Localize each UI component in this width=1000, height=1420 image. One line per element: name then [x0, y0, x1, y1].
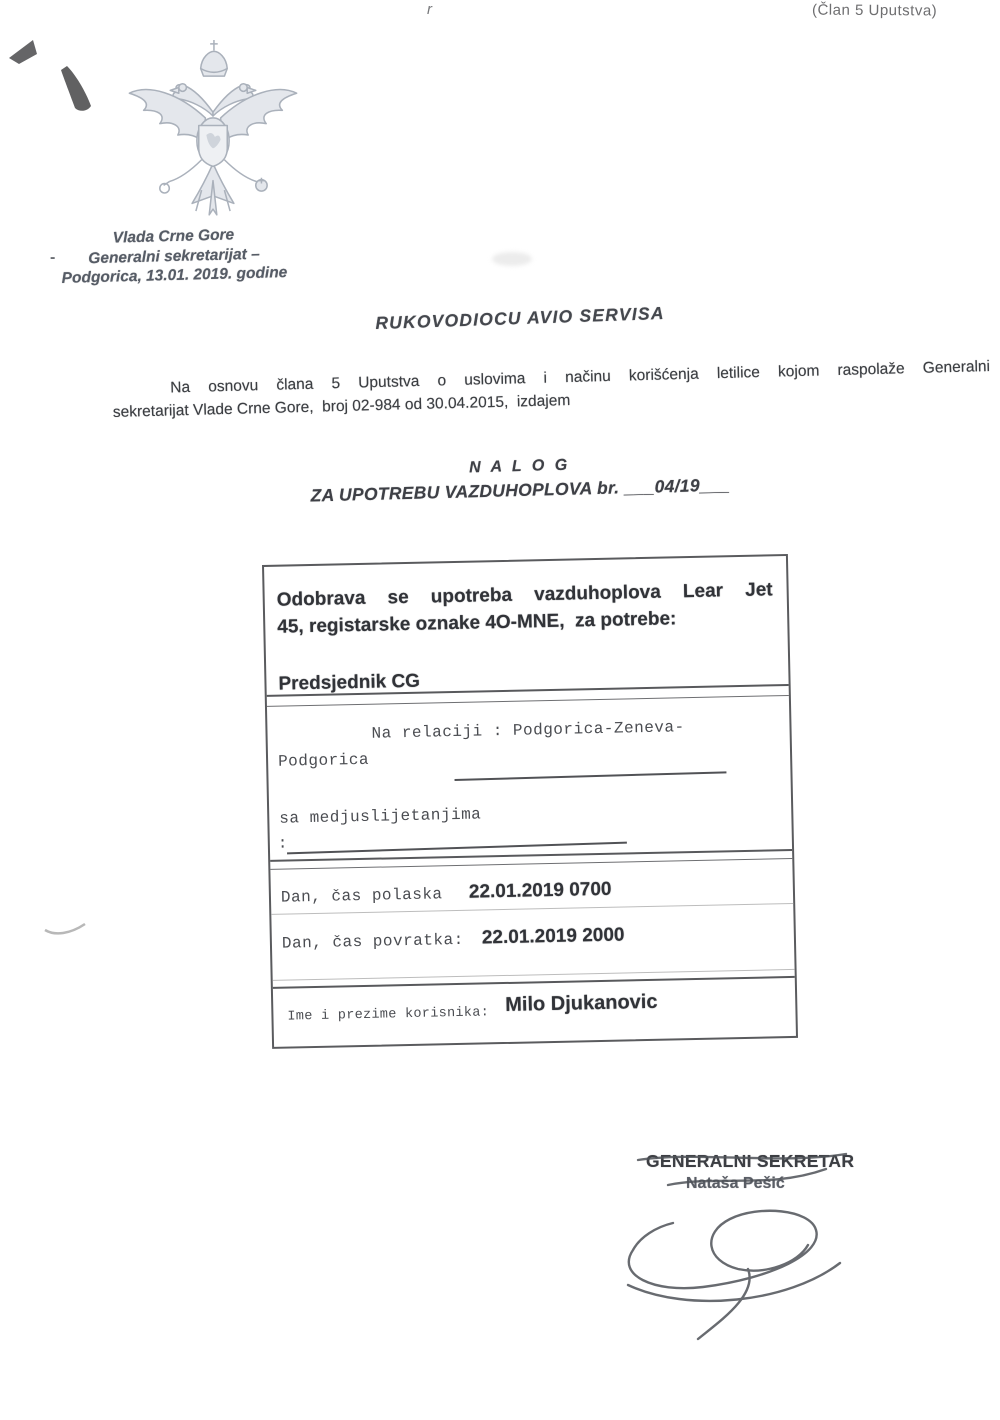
order-title-block: N A L O G ZA UPOTREBU VAZDUHOPLOVA br. _…	[270, 451, 771, 507]
route-fill-line	[455, 771, 727, 781]
departure-value: 22.01.2019 0700	[469, 876, 612, 906]
user-label: Ime i prezime korisnika:	[287, 1005, 489, 1024]
stopover-fill-line	[287, 842, 627, 855]
approval-section: Odobrava se upotreba vazduhoplova Lear J…	[276, 576, 774, 697]
letterhead: Vlada Crne Gore Generalni sekretarijat –…	[21, 223, 326, 289]
handwritten-signature-icon	[598, 1145, 898, 1355]
montenegro-coat-of-arms-icon	[118, 38, 308, 233]
signature-block: GENERALNI SEKRETAR Nataša Pešić	[598, 1145, 898, 1355]
scan-smudge	[492, 252, 532, 266]
ink-blot-marks	[5, 28, 125, 123]
stopover-colon: :	[278, 835, 288, 853]
beneficiary: Predsjednik CG	[278, 660, 774, 697]
return-value: 22.01.2019 2000	[482, 921, 625, 951]
user-value: Milo Djukanovic	[505, 991, 658, 1017]
stray-character: r	[427, 1, 432, 18]
faint-pen-mark	[40, 912, 90, 942]
scanned-document-page: r (Član 5 Uputstva)	[0, 0, 1000, 1420]
recipient-title: RUKOVODIOCU AVIO SERVISA	[330, 301, 711, 335]
route-line-1: Na relaciji : Podgorica-Zeneva-	[371, 718, 684, 743]
route-line-2: Podgorica	[278, 751, 369, 771]
departure-label: Dan, čas polaska	[281, 885, 443, 906]
divider-1b	[267, 695, 789, 707]
margin-dash-mark: -	[50, 249, 55, 267]
intro-paragraph: Na osnovu člana 5 Uputstva o uslovima i …	[112, 355, 991, 424]
stopover-label: sa medjuslijetanjima	[279, 805, 481, 827]
order-form-box: Odobrava se upotreba vazduhoplova Lear J…	[262, 554, 798, 1049]
return-label: Dan, čas povratka:	[282, 931, 464, 953]
corner-note: (Član 5 Uputstva)	[812, 2, 937, 20]
